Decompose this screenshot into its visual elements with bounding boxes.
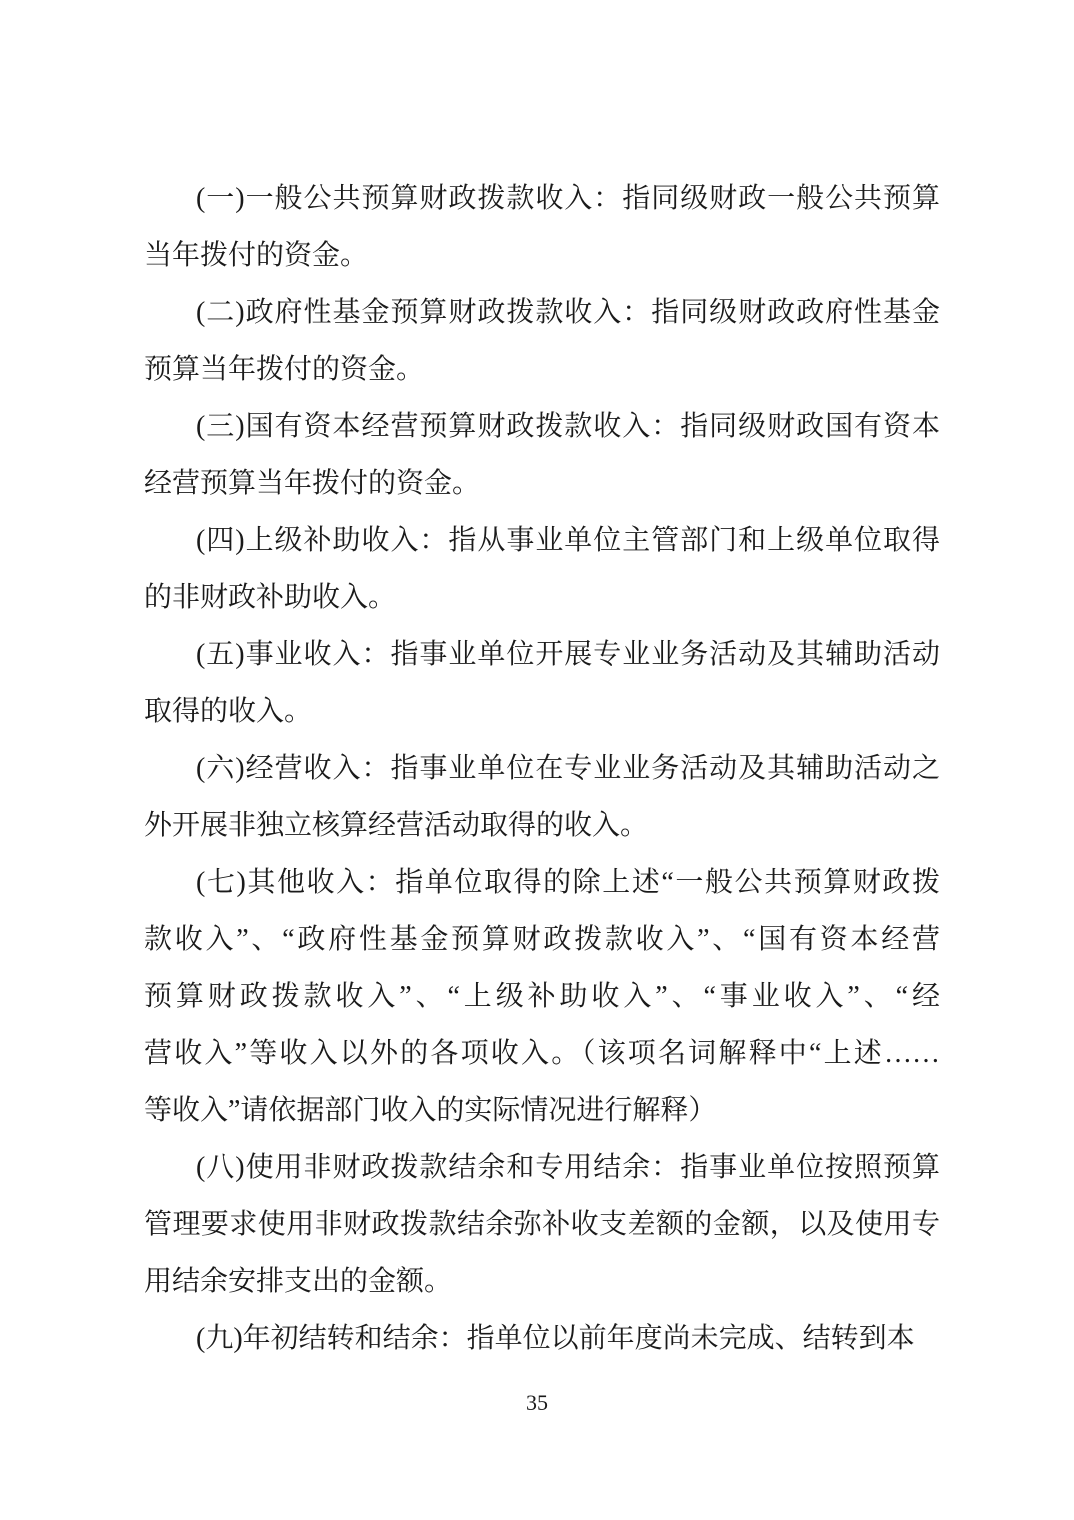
text-line: (六)经营收入：指事业单位在专业业务活动及其辅助活动之 xyxy=(144,740,940,797)
text-line: 的非财政补助收入。 xyxy=(144,569,940,626)
text-line: (二)政府性基金预算财政拨款收入：指同级财政政府性基金 xyxy=(144,284,940,341)
text-line: 外开展非独立核算经营活动取得的收入。 xyxy=(144,797,940,854)
paragraph-item-1: (一)一般公共预算财政拨款收入：指同级财政一般公共预算当年拨付的资金。 xyxy=(144,170,940,284)
page-body-text: (一)一般公共预算财政拨款收入：指同级财政一般公共预算当年拨付的资金。(二)政府… xyxy=(144,170,940,1367)
text-line: 营收入”等收入以外的各项收入。（该项名词解释中“上述…… xyxy=(144,1025,940,1082)
document-page: (一)一般公共预算财政拨款收入：指同级财政一般公共预算当年拨付的资金。(二)政府… xyxy=(0,0,1074,1520)
paragraph-item-5: (五)事业收入：指事业单位开展专业业务活动及其辅助活动取得的收入。 xyxy=(144,626,940,740)
text-line: (七)其他收入：指单位取得的除上述“一般公共预算财政拨 xyxy=(144,854,940,911)
paragraph-item-6: (六)经营收入：指事业单位在专业业务活动及其辅助活动之外开展非独立核算经营活动取… xyxy=(144,740,940,854)
text-line: (三)国有资本经营预算财政拨款收入：指同级财政国有资本 xyxy=(144,398,940,455)
paragraph-item-2: (二)政府性基金预算财政拨款收入：指同级财政政府性基金预算当年拨付的资金。 xyxy=(144,284,940,398)
paragraph-item-7: (七)其他收入：指单位取得的除上述“一般公共预算财政拨款收入”、“政府性基金预算… xyxy=(144,854,940,1139)
paragraph-item-3: (三)国有资本经营预算财政拨款收入：指同级财政国有资本经营预算当年拨付的资金。 xyxy=(144,398,940,512)
page-number: 35 xyxy=(0,1388,1074,1418)
text-line: 当年拨付的资金。 xyxy=(144,227,940,284)
paragraph-item-9: (九)年初结转和结余：指单位以前年度尚未完成、结转到本 xyxy=(144,1310,940,1367)
text-line: 款收入”、“政府性基金预算财政拨款收入”、“国有资本经营 xyxy=(144,911,940,968)
text-line: (九)年初结转和结余：指单位以前年度尚未完成、结转到本 xyxy=(144,1310,940,1367)
text-line: 管理要求使用非财政拨款结余弥补收支差额的金额，以及使用专 xyxy=(144,1196,940,1253)
text-line: 用结余安排支出的金额。 xyxy=(144,1253,940,1310)
text-line: (八)使用非财政拨款结余和专用结余：指事业单位按照预算 xyxy=(144,1139,940,1196)
text-line: 预算当年拨付的资金。 xyxy=(144,341,940,398)
paragraph-item-8: (八)使用非财政拨款结余和专用结余：指事业单位按照预算管理要求使用非财政拨款结余… xyxy=(144,1139,940,1310)
text-line: (五)事业收入：指事业单位开展专业业务活动及其辅助活动 xyxy=(144,626,940,683)
text-line: 等收入”请依据部门收入的实际情况进行解释） xyxy=(144,1082,940,1139)
paragraph-item-4: (四)上级补助收入：指从事业单位主管部门和上级单位取得的非财政补助收入。 xyxy=(144,512,940,626)
text-line: 预算财政拨款收入”、“上级补助收入”、“事业收入”、“经 xyxy=(144,968,940,1025)
text-line: 经营预算当年拨付的资金。 xyxy=(144,455,940,512)
text-line: (四)上级补助收入：指从事业单位主管部门和上级单位取得 xyxy=(144,512,940,569)
text-line: 取得的收入。 xyxy=(144,683,940,740)
text-line: (一)一般公共预算财政拨款收入：指同级财政一般公共预算 xyxy=(144,170,940,227)
